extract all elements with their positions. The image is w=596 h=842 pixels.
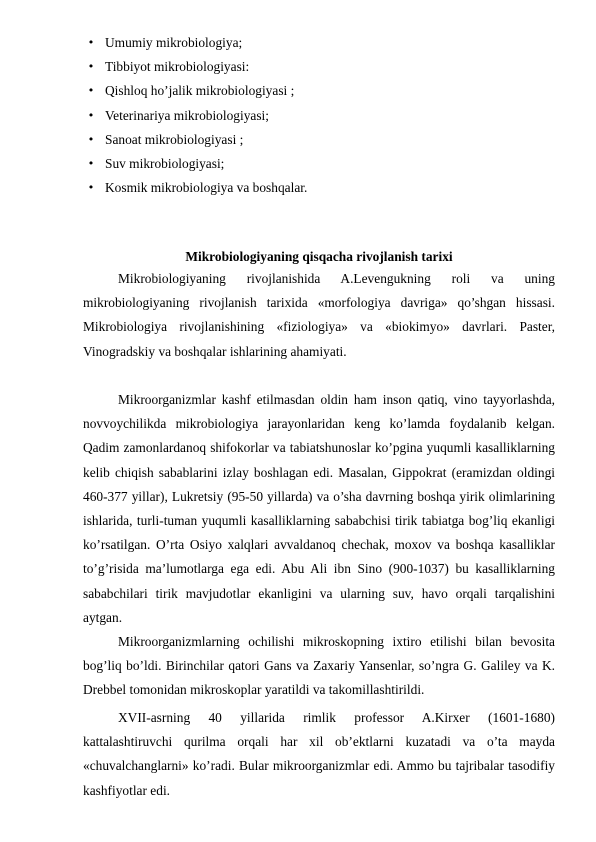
list-item: • Sanoat mikrobiologiyasi ; bbox=[83, 128, 555, 152]
bullet-icon: • bbox=[86, 128, 96, 152]
bullet-icon: • bbox=[86, 79, 96, 103]
section-heading: Mikrobiologiyaning qisqacha rivojlanish … bbox=[83, 247, 555, 267]
list-item: • Kosmik mikrobiologiya va boshqalar. bbox=[83, 176, 555, 200]
list-item: • Umumiy mikrobiologiya; bbox=[83, 31, 555, 55]
bullet-icon: • bbox=[86, 55, 96, 79]
bullet-icon: • bbox=[86, 104, 96, 128]
list-item-text: Qishloq ho’jalik mikrobiologiyasi ; bbox=[105, 83, 294, 98]
list-item-text: Kosmik mikrobiologiya va boshqalar. bbox=[105, 180, 307, 195]
list-item: • Veterinariya mikrobiologiyasi; bbox=[83, 104, 555, 128]
paragraph-early-history: Mikroorganizmlar kashf etilmasdan oldin … bbox=[83, 388, 555, 630]
list-item-text: Umumiy mikrobiologiya; bbox=[105, 35, 242, 50]
list-item: • Qishloq ho’jalik mikrobiologiyasi ; bbox=[83, 79, 555, 103]
bullet-icon: • bbox=[86, 152, 96, 176]
paragraph-overview: Mikrobiologiyaning rivojlanishida A.Leve… bbox=[83, 267, 555, 364]
bullet-icon: • bbox=[86, 176, 96, 200]
paragraph-kircher: XVII-asrning 40 yillarida rimlik profess… bbox=[83, 706, 555, 803]
microbiology-branches-list: • Umumiy mikrobiologiya; • Tibbiyot mikr… bbox=[83, 31, 555, 200]
bullet-icon: • bbox=[86, 31, 96, 55]
list-item: • Suv mikrobiologiyasi; bbox=[83, 152, 555, 176]
list-item: • Tibbiyot mikrobiologiyasi: bbox=[83, 55, 555, 79]
list-item-text: Veterinariya mikrobiologiyasi; bbox=[105, 108, 269, 123]
list-item-text: Sanoat mikrobiologiyasi ; bbox=[105, 132, 243, 147]
list-item-text: Tibbiyot mikrobiologiyasi: bbox=[105, 59, 249, 74]
paragraph-microscope-invention: Mikroorganizmlarning ochilishi mikroskop… bbox=[83, 630, 555, 703]
list-item-text: Suv mikrobiologiyasi; bbox=[105, 156, 224, 171]
